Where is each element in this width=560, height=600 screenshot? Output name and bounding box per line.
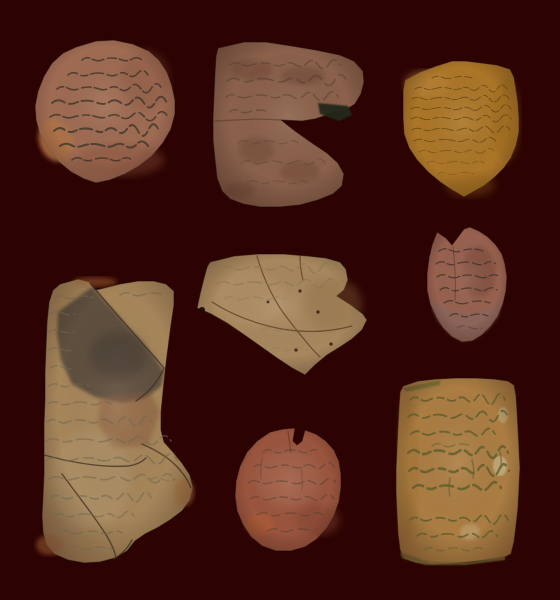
ostracon-bottom-right	[396, 378, 520, 565]
ostraca-photo	[0, 0, 560, 600]
ostraca-photo-frame	[0, 0, 560, 600]
